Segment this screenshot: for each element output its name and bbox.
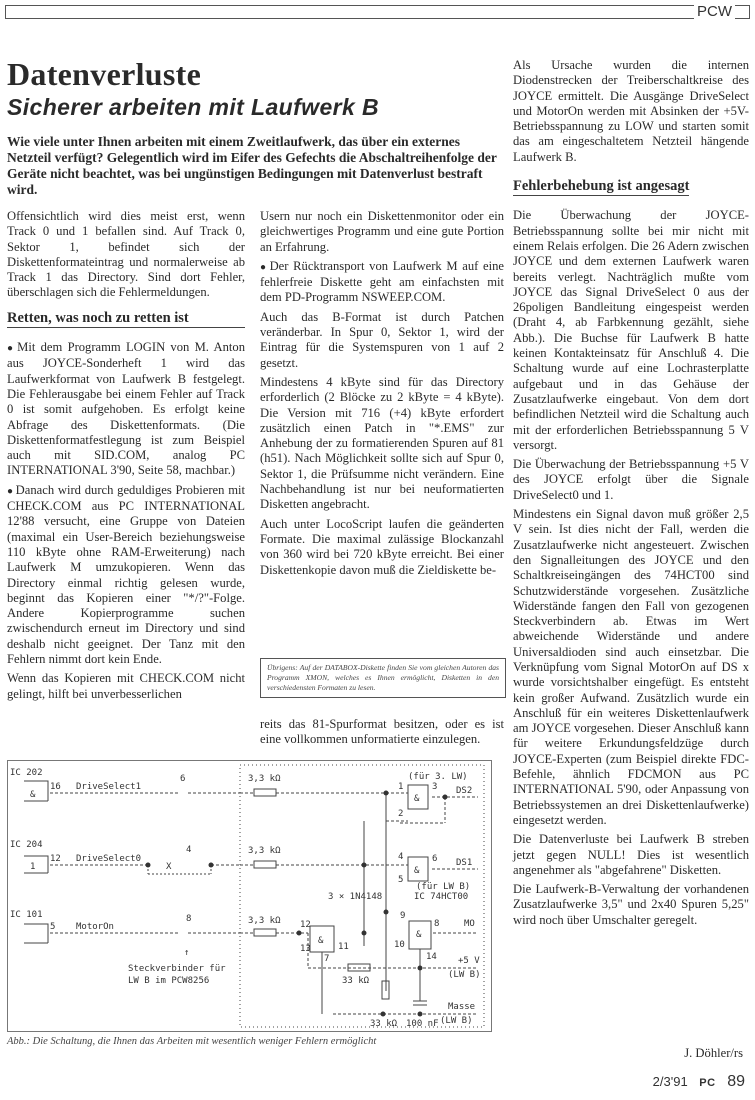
article-subtitle: Sicherer arbeiten mit Laufwerk B <box>7 93 379 121</box>
column-3: Als Ursache wurden die internen Diodenst… <box>513 58 749 932</box>
page-number: 89 <box>727 1073 745 1090</box>
connector-note-1: Steckverbinder für <box>128 964 226 974</box>
resistor-label: 33 kΩ <box>370 1019 398 1029</box>
schematic-svg: IC 202 & 16 DriveSelect1 6 IC 204 1 12 D… <box>8 761 491 1031</box>
diodes-label: 3 × 1N4148 <box>328 892 382 902</box>
gate-symbol: 1 <box>30 862 35 872</box>
pin-label: 13 <box>300 944 311 954</box>
column-2-continued: reits das 81-Spurformat besitzen, oder e… <box>260 717 504 752</box>
pin-label: 5 <box>398 875 403 885</box>
brand-logo: PC <box>699 1077 715 1089</box>
output-ds1: DS1 <box>456 858 472 868</box>
output-mo: MO <box>464 919 475 929</box>
bullet-paragraph: Mit dem Programm LOGIN von M. Anton aus … <box>7 340 245 479</box>
figure-caption: Abb.: Die Schaltung, die Ihnen das Arbei… <box>7 1036 376 1047</box>
label-ic101: IC 101 <box>10 910 43 920</box>
gate-symbol: & <box>318 936 324 946</box>
paragraph: Wenn das Kopieren mit CHECK.COM nicht ge… <box>7 671 245 702</box>
pin-label: 14 <box>426 952 437 962</box>
resistor-label: 3,3 kΩ <box>248 774 281 784</box>
pin-label: 16 <box>50 782 61 792</box>
paragraph: Usern nur noch ein Diskettenmonitor oder… <box>260 209 504 255</box>
output-ds2: DS2 <box>456 786 472 796</box>
note-fuer-lwb: (für LW B) <box>416 882 470 892</box>
pin-label: 8 <box>434 919 439 929</box>
paragraph: Mindestens 4 kByte sind für das Director… <box>260 375 504 513</box>
connector-pin: 6 <box>180 774 185 784</box>
paragraph: Die Datenverluste bei Laufwerk B streben… <box>513 832 749 878</box>
article-lead: Wie viele unter Ihnen arbeiten mit einem… <box>7 134 507 198</box>
pin-label: 12 <box>300 920 311 930</box>
pin-label: 10 <box>394 940 405 950</box>
output-lwb: (LW B) <box>448 970 481 980</box>
note-fuer-3lw: (für 3. LW) <box>408 772 468 782</box>
pin-label: 6 <box>432 854 437 864</box>
pin-label: 1 <box>398 782 403 792</box>
pin-label: 7 <box>324 954 329 964</box>
column-1: Offensichtlich wird dies meist erst, wen… <box>7 209 245 706</box>
paragraph: Auch das B-Format ist durch Patchen verä… <box>260 310 504 371</box>
bullet-paragraph: Der Rücktransport von Laufwerk M auf ein… <box>260 259 504 306</box>
section-heading-fehlerbehebung: Fehlerbehebung ist angesagt <box>513 179 689 196</box>
connector-pin: 8 <box>186 914 191 924</box>
circuit-diagram: IC 202 & 16 DriveSelect1 6 IC 204 1 12 D… <box>7 760 492 1032</box>
connector-pin: 4 <box>186 845 191 855</box>
paragraph: Als Ursache wurden die internen Diodenst… <box>513 58 749 165</box>
info-box: Übrigens: Auf der DATABOX-Diskette finde… <box>260 658 506 698</box>
paragraph: Die Laufwerk-B-Verwaltung der vorhandene… <box>513 882 749 928</box>
signal-driveselect0: DriveSelect0 <box>76 854 141 864</box>
output-masse: Masse <box>448 1002 475 1012</box>
section-heading-retten: Retten, was noch zu retten ist <box>7 311 245 328</box>
ic-74hct00-label: IC 74HCT00 <box>414 892 468 902</box>
paragraph: Die Überwachung der Betriebsspannung +5 … <box>513 457 749 503</box>
author: J. Döhler/rs <box>684 1046 743 1061</box>
output-lwb: (LW B) <box>440 1016 473 1026</box>
paragraph: reits das 81-Spurformat besitzen, oder e… <box>260 717 504 748</box>
pin-label: 11 <box>338 942 349 952</box>
label-ic202: IC 202 <box>10 768 43 778</box>
resistor-label: 3,3 kΩ <box>248 846 281 856</box>
cut-mark: X <box>166 862 172 872</box>
paragraph: Auch unter LocoScript laufen die geänder… <box>260 517 504 578</box>
gate-symbol: & <box>414 794 420 804</box>
pin-label: 9 <box>400 911 405 921</box>
issue-date: 2/3'91 <box>653 1074 688 1089</box>
section-label: PCW <box>694 4 735 20</box>
pin-label: 2 <box>398 809 403 819</box>
gate-symbol: & <box>30 790 36 800</box>
section-header-rule: PCW <box>5 5 750 19</box>
pin-label: 4 <box>398 852 403 862</box>
page-footer: 2/3'91 PC 89 <box>653 1073 745 1091</box>
pin-label: 12 <box>50 854 61 864</box>
paragraph: Die Überwachung der JOYCE-Betriebsspannu… <box>513 208 749 453</box>
connector-note-2: LW B im PCW8256 <box>128 976 209 986</box>
pin-label: 3 <box>432 782 437 792</box>
bullet-paragraph: Danach wird durch geduldiges Probieren m… <box>7 483 245 668</box>
column-2: Usern nur noch ein Diskettenmonitor oder… <box>260 209 504 582</box>
capacitor-label: 100 nF <box>406 1019 439 1029</box>
pin-label: 5 <box>50 922 55 932</box>
paragraph: Offensichtlich wird dies meist erst, wen… <box>7 209 245 301</box>
resistor-label: 3,3 kΩ <box>248 916 281 926</box>
output-plus5v: +5 V <box>458 956 480 966</box>
paragraph: Mindestens ein Signal davon muß größer 2… <box>513 507 749 828</box>
arrow-up-icon: ↑ <box>184 948 189 958</box>
article-title: Datenverluste <box>7 56 201 92</box>
resistor-label: 33 kΩ <box>342 976 370 986</box>
label-ic204: IC 204 <box>10 840 43 850</box>
signal-motoron: MotorOn <box>76 922 114 932</box>
signal-driveselect1: DriveSelect1 <box>76 782 141 792</box>
gate-symbol: & <box>416 930 422 940</box>
gate-symbol: & <box>414 866 420 876</box>
